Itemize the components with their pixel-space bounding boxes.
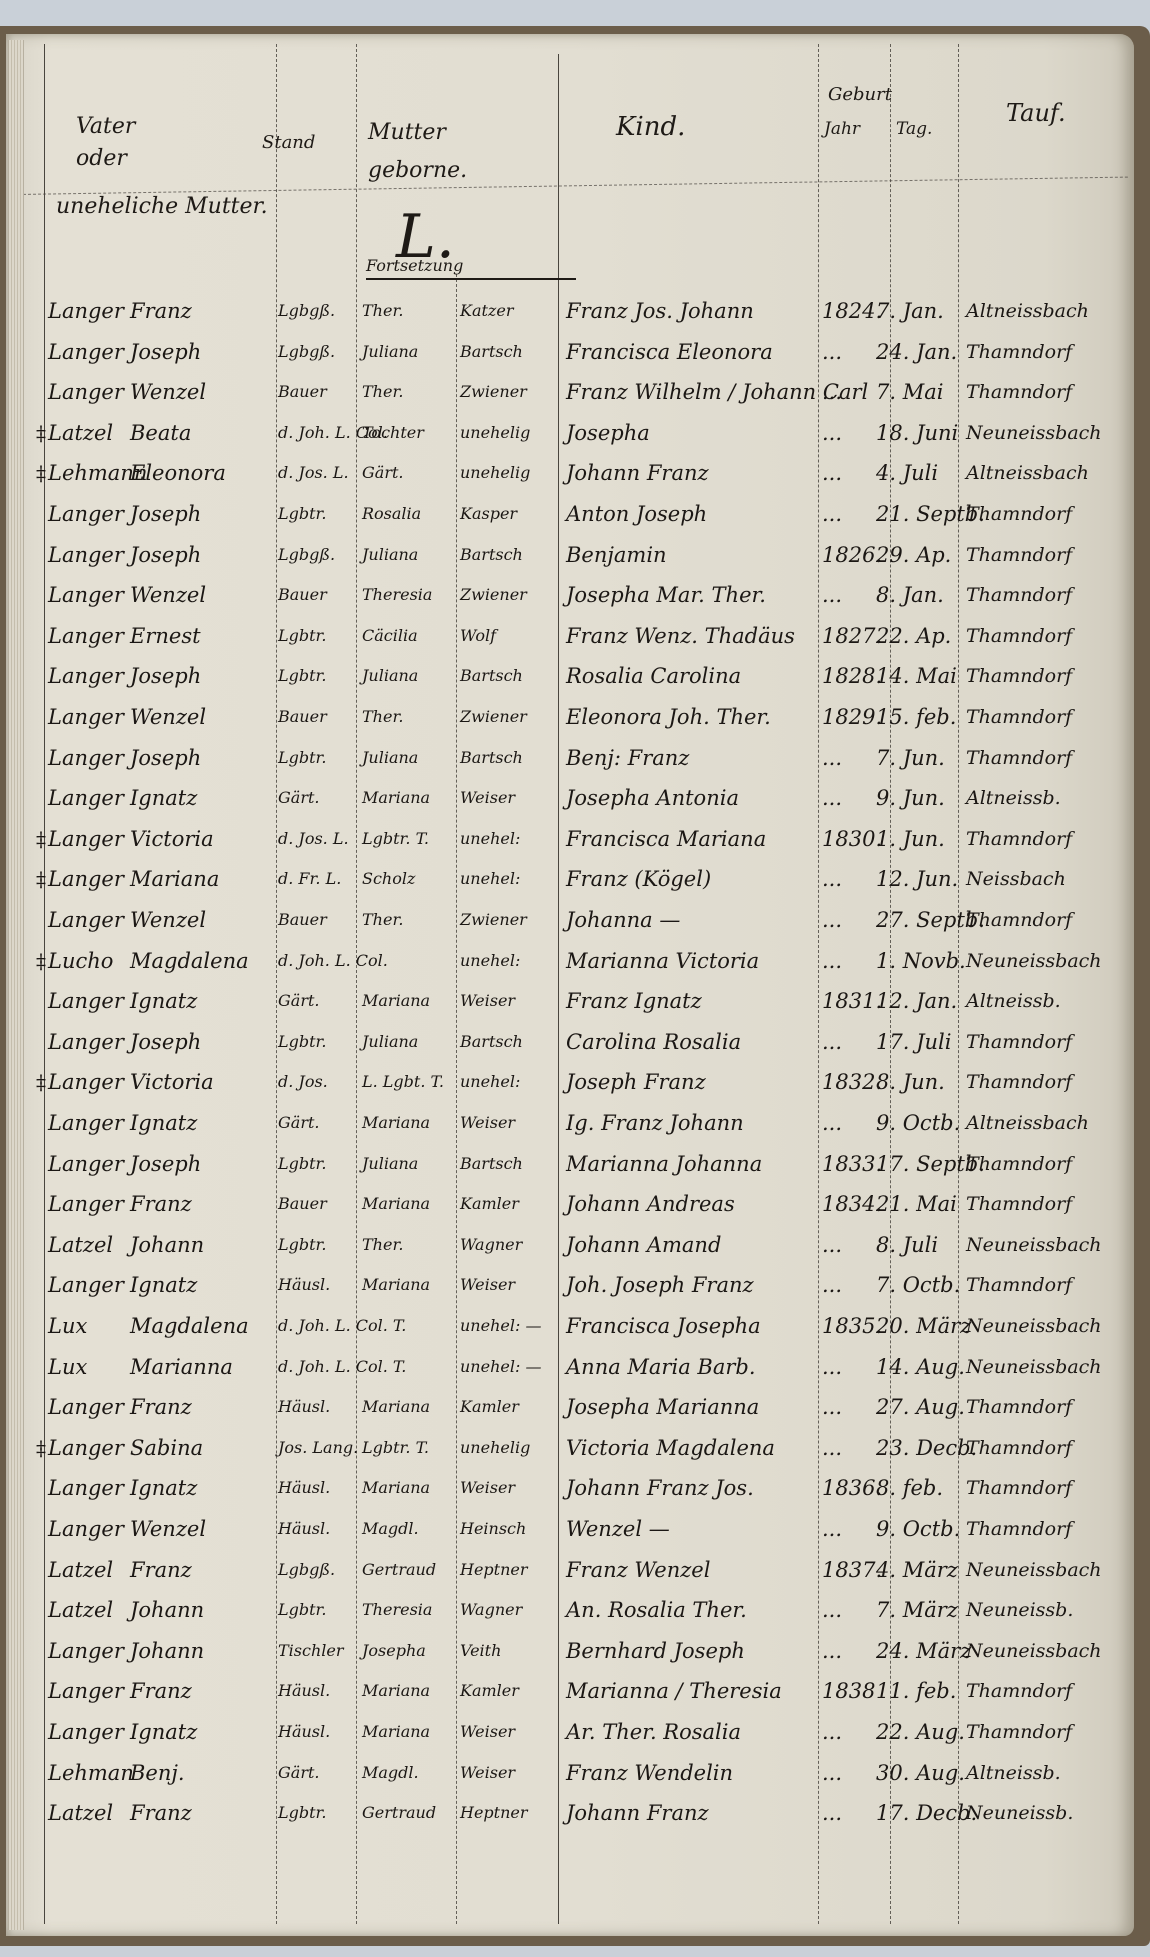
occupation: Lgbgß. xyxy=(278,540,335,570)
baptism-place: Neuneissbach xyxy=(966,1311,1102,1341)
register-row: LangerIgnatzHäusl.MarianaWeiserJohann Fr… xyxy=(6,1473,1134,1511)
birth-year: 1826. xyxy=(822,540,882,570)
surname: Langer xyxy=(48,905,124,935)
child-name: Ig. Franz Johann xyxy=(566,1108,744,1138)
baptism-place: Neuneissbach xyxy=(966,1555,1102,1585)
register-page: Vater oder uneheliche Mutter. Stand Mutt… xyxy=(6,34,1134,1936)
register-row: LangerIgnatzHäusl.MarianaWeiserJoh. Jose… xyxy=(6,1270,1134,1308)
occupation: d. Joh. L. Col. xyxy=(278,946,388,976)
mother-surname: Katzer xyxy=(460,296,513,326)
birth-year: ... xyxy=(822,580,842,610)
baptism-place: Thamndorf xyxy=(966,702,1072,732)
birth-day: 17. Decb. xyxy=(876,1798,977,1828)
child-name: Francisca Mariana xyxy=(566,824,766,854)
mother-first-name: Scholz xyxy=(362,864,415,894)
given-name: Joseph xyxy=(130,661,201,691)
birth-day: 7. Mai xyxy=(876,377,943,407)
child-name: Ar. Ther. Rosalia xyxy=(566,1717,741,1747)
birth-year: 1838 xyxy=(822,1676,875,1706)
surname: Lux xyxy=(48,1311,87,1341)
birth-day: 24. März xyxy=(876,1636,971,1666)
occupation: Lgbtr. xyxy=(278,1149,327,1179)
surname: Langer xyxy=(48,986,124,1016)
header-father-line3: uneheliche Mutter. xyxy=(56,194,268,219)
birth-year: ... xyxy=(822,1636,842,1666)
register-row: LangerFranzLgbgß.Ther.KatzerFranz Jos. J… xyxy=(6,296,1134,334)
register-row: ‡LehmannEleonorad. Jos. L.Gärt.uneheligJ… xyxy=(6,458,1134,496)
baptism-place: Neuneissbach xyxy=(966,418,1102,448)
given-name: Magdalena xyxy=(130,946,249,976)
given-name: Franz xyxy=(130,1798,192,1828)
birth-day: 7. Octb. xyxy=(876,1270,960,1300)
baptism-place: Thamndorf xyxy=(966,1433,1072,1463)
birth-day: 17. Juli xyxy=(876,1027,951,1057)
register-row: LangerIgnatzGärt.MarianaWeiserIg. Franz … xyxy=(6,1108,1134,1146)
birth-day: 11. feb. xyxy=(876,1676,956,1706)
child-name: Johanna — xyxy=(566,905,680,935)
birth-day: 9. Octb. xyxy=(876,1514,960,1544)
given-name: Ignatz xyxy=(130,986,197,1016)
child-name: Johann Andreas xyxy=(566,1189,735,1219)
mother-first-name: Gertraud xyxy=(362,1798,436,1828)
header-child: Kind. xyxy=(616,114,685,140)
surname: Latzel xyxy=(48,418,113,448)
register-row: LangerJosephLgbgß.JulianaBartschFrancisc… xyxy=(6,337,1134,375)
mother-first-name: L. Lgbt. T. xyxy=(362,1067,444,1097)
register-row: LangerJosephLgbtr.JulianaBartschCarolina… xyxy=(6,1027,1134,1065)
baptism-place: Thamndorf xyxy=(966,1676,1072,1706)
surname: Langer xyxy=(48,783,124,813)
birth-day: 24. Jan. xyxy=(876,337,957,367)
mother-first-name: Mariana xyxy=(362,1108,430,1138)
surname: Lucho xyxy=(48,946,113,976)
birth-day: 9. Jun. xyxy=(876,783,945,813)
birth-year: 1835. xyxy=(822,1311,882,1341)
birth-year: 1827. xyxy=(822,621,882,651)
header-father-line1: Vater xyxy=(76,114,135,139)
child-name: Carolina Rosalia xyxy=(566,1027,741,1057)
occupation: Gärt. xyxy=(278,1758,319,1788)
birth-year: ... xyxy=(822,499,842,529)
illegitimate-cross-mark: ‡ xyxy=(36,1433,46,1463)
child-name: Johann Franz xyxy=(566,1798,709,1828)
birth-day: 30. Aug. xyxy=(876,1758,965,1788)
mother-first-name: Juliana xyxy=(362,1027,418,1057)
birth-year: ... xyxy=(822,946,842,976)
illegitimate-cross-mark: ‡ xyxy=(36,1067,46,1097)
given-name: Wenzel xyxy=(130,1514,206,1544)
given-name: Joseph xyxy=(130,1027,201,1057)
mother-first-name: Gertraud xyxy=(362,1555,436,1585)
surname: Latzel xyxy=(48,1230,113,1260)
baptism-place: Thamndorf xyxy=(966,743,1072,773)
occupation: d. Joh. L. Col. T. xyxy=(278,1311,406,1341)
surname: Langer xyxy=(48,1636,124,1666)
mother-surname: Kamler xyxy=(460,1676,519,1706)
mother-surname: Heptner xyxy=(460,1555,528,1585)
header-occupation: Stand xyxy=(262,130,315,156)
mother-first-name: Mariana xyxy=(362,1473,430,1503)
occupation: Gärt. xyxy=(278,986,319,1016)
mother-first-name: Mariana xyxy=(362,783,430,813)
birth-year: ... xyxy=(822,905,842,935)
occupation: Lgbtr. xyxy=(278,661,327,691)
given-name: Mariana xyxy=(130,864,219,894)
header-father-line2: oder xyxy=(76,146,127,171)
birth-year: ... xyxy=(822,1270,842,1300)
occupation: Lgbtr. xyxy=(278,499,327,529)
given-name: Ignatz xyxy=(130,1717,197,1747)
baptism-place: Thamndorf xyxy=(966,1270,1072,1300)
mother-surname: Veith xyxy=(460,1636,501,1666)
register-row: LangerWenzelBauerTheresiaZwienerJosepha … xyxy=(6,580,1134,618)
surname: Latzel xyxy=(48,1798,113,1828)
page-stack-edge xyxy=(8,40,24,1930)
register-row: LatzelJohannLgbtr.Ther.WagnerJohann Aman… xyxy=(6,1230,1134,1268)
birth-year: ... xyxy=(822,1392,842,1422)
birth-day: 14. Mai xyxy=(876,661,957,691)
occupation: d. Jos. xyxy=(278,1067,328,1097)
mother-surname: Wagner xyxy=(460,1595,522,1625)
given-name: Benj. xyxy=(130,1758,185,1788)
occupation: Bauer xyxy=(278,580,327,610)
occupation: Lgbgß. xyxy=(278,337,335,367)
occupation: Häusl. xyxy=(278,1392,330,1422)
child-name: Josepha Mar. Ther. xyxy=(566,580,766,610)
child-name: Joh. Joseph Franz xyxy=(566,1270,754,1300)
baptism-place: Thamndorf xyxy=(966,1027,1072,1057)
header-birth: Geburt xyxy=(828,82,892,108)
given-name: Magdalena xyxy=(130,1311,249,1341)
child-name: Franz Jos. Johann xyxy=(566,296,754,326)
child-name: Marianna / Theresia xyxy=(566,1676,782,1706)
birth-year: 1833. xyxy=(822,1149,882,1179)
mother-surname: Weiser xyxy=(460,1108,515,1138)
mother-first-name: Josepha xyxy=(362,1636,426,1666)
mother-surname: unehelig xyxy=(460,458,530,488)
occupation: Lgbtr. xyxy=(278,743,327,773)
surname: Langer xyxy=(48,824,124,854)
birth-day: 1. Jun. xyxy=(876,824,945,854)
mother-surname: unehel: xyxy=(460,824,520,854)
baptism-place: Neissbach xyxy=(966,864,1066,894)
birth-year: 1830. xyxy=(822,824,882,854)
mother-first-name: Ther. xyxy=(362,1230,403,1260)
header-mother: Mutter xyxy=(368,120,446,146)
mother-surname: unehel: xyxy=(460,946,520,976)
mother-first-name: Mariana xyxy=(362,1270,430,1300)
baptism-place: Thamndorf xyxy=(966,1514,1072,1544)
baptism-place: Thamndorf xyxy=(966,1149,1072,1179)
register-row: ‡LangerSabinaJos. Lang.Lgbtr. T.unehelig… xyxy=(6,1433,1134,1471)
child-name: Benjamin xyxy=(566,540,667,570)
mother-first-name: Juliana xyxy=(362,1149,418,1179)
register-row: LangerFranzHäusl.MarianaKamlerJosepha Ma… xyxy=(6,1392,1134,1430)
child-name: Francisca Josepha xyxy=(566,1311,761,1341)
occupation: Lgbtr. xyxy=(278,1595,327,1625)
mother-first-name: Juliana xyxy=(362,661,418,691)
header-father-oder: oder xyxy=(76,146,127,172)
surname: Lehman xyxy=(48,1758,134,1788)
given-name: Franz xyxy=(130,1555,192,1585)
mother-surname: Weiser xyxy=(460,986,515,1016)
child-name: Wenzel — xyxy=(566,1514,670,1544)
register-row: LangerJohannTischlerJosephaVeithBernhard… xyxy=(6,1636,1134,1674)
mother-surname: Kamler xyxy=(460,1392,519,1422)
baptism-place: Thamndorf xyxy=(966,540,1072,570)
birth-day: 18. Juni xyxy=(876,418,958,448)
illegitimate-cross-mark: ‡ xyxy=(36,864,46,894)
birth-year: ... xyxy=(822,1758,842,1788)
birth-day: 12. Jun. xyxy=(876,864,958,894)
baptism-place: Thamndorf xyxy=(966,661,1072,691)
baptism-place: Thamndorf xyxy=(966,377,1072,407)
register-row: LangerJosephLgbtr.RosaliaKasperAnton Jos… xyxy=(6,499,1134,537)
register-row: LangerFranzHäusl.MarianaKamlerMarianna /… xyxy=(6,1676,1134,1714)
mother-surname: Bartsch xyxy=(460,337,523,367)
birth-day: 7. März xyxy=(876,1595,958,1625)
mother-surname: unehel: xyxy=(460,1067,520,1097)
mother-first-name: Gärt. xyxy=(362,458,403,488)
birth-year: ... xyxy=(822,1514,842,1544)
birth-day: 15. feb. xyxy=(876,702,956,732)
child-name: Franz Wenz. Thadäus xyxy=(566,621,795,651)
mother-surname: unehelig xyxy=(460,1433,530,1463)
register-row: LatzelJohannLgbtr.TheresiaWagnerAn. Rosa… xyxy=(6,1595,1134,1633)
occupation: Tischler xyxy=(278,1636,344,1666)
occupation: Bauer xyxy=(278,905,327,935)
baptism-place: Neuneissbach xyxy=(966,1636,1102,1666)
mother-surname: unehelig xyxy=(460,418,530,448)
register-row: LuxMagdalenad. Joh. L. Col. T.unehel: —F… xyxy=(6,1311,1134,1349)
mother-first-name: Ther. xyxy=(362,296,403,326)
header-baptism-place: Tauf. xyxy=(1006,100,1066,126)
occupation: Bauer xyxy=(278,702,327,732)
mother-surname: Bartsch xyxy=(460,661,523,691)
surname: Langer xyxy=(48,1473,124,1503)
given-name: Wenzel xyxy=(130,580,206,610)
mother-first-name: Mariana xyxy=(362,1392,430,1422)
child-name: Josepha Antonia xyxy=(566,783,739,813)
child-name: Johann Amand xyxy=(566,1230,721,1260)
surname: Langer xyxy=(48,1717,124,1747)
header-rule xyxy=(18,177,1128,195)
given-name: Joseph xyxy=(130,499,201,529)
occupation: Jos. Lang. xyxy=(278,1433,358,1463)
mother-surname: unehel: xyxy=(460,864,520,894)
register-row: LehmanBenj.Gärt.Magdl.WeiserFranz Wendel… xyxy=(6,1758,1134,1796)
register-row: LangerJosephLgbtr.JulianaBartschRosalia … xyxy=(6,661,1134,699)
given-name: Wenzel xyxy=(130,905,206,935)
surname: Langer xyxy=(48,743,124,773)
mother-surname: Zwiener xyxy=(460,377,527,407)
mother-first-name: Theresia xyxy=(362,580,432,610)
surname: Langer xyxy=(48,1514,124,1544)
birth-day: 8. Jan. xyxy=(876,580,944,610)
mother-surname: Kamler xyxy=(460,1189,519,1219)
mother-first-name: Ther. xyxy=(362,702,403,732)
birth-year: 1832. xyxy=(822,1067,882,1097)
occupation: Häusl. xyxy=(278,1717,330,1747)
child-name: Johann Franz Jos. xyxy=(566,1473,754,1503)
mother-surname: Wolf xyxy=(460,621,496,651)
register-row: ‡LatzelBeatad. Joh. L. Col.Tochterunehel… xyxy=(6,418,1134,456)
given-name: Joseph xyxy=(130,540,201,570)
given-name: Ignatz xyxy=(130,1108,197,1138)
birth-day: 7. Jan. xyxy=(876,296,944,326)
child-name: Joseph Franz xyxy=(566,1067,706,1097)
occupation: Bauer xyxy=(278,377,327,407)
mother-surname: Bartsch xyxy=(460,743,523,773)
given-name: Franz xyxy=(130,296,192,326)
birth-day: 12. Jan. xyxy=(876,986,957,1016)
header-birth-day: Tag. xyxy=(896,116,932,142)
mother-first-name: Lgbtr. T. xyxy=(362,824,429,854)
mother-surname: Weiser xyxy=(460,1473,515,1503)
baptism-place: Altneissb. xyxy=(966,986,1061,1016)
baptism-place: Thamndorf xyxy=(966,1189,1072,1219)
occupation: Bauer xyxy=(278,1189,327,1219)
surname: Langer xyxy=(48,540,124,570)
birth-year: 1837. xyxy=(822,1555,882,1585)
register-row: LatzelFranzLgbtr.GertraudHeptnerJohann F… xyxy=(6,1798,1134,1836)
mother-first-name: Mariana xyxy=(362,1717,430,1747)
child-name: Franz Wendelin xyxy=(566,1758,733,1788)
baptism-place: Altneissbach xyxy=(966,296,1089,326)
mother-first-name: Mariana xyxy=(362,986,430,1016)
birth-day: 8. Jun. xyxy=(876,1067,945,1097)
birth-year: ... xyxy=(822,1595,842,1625)
surname: Latzel xyxy=(48,1595,113,1625)
baptism-place: Thamndorf xyxy=(966,621,1072,651)
register-row: LangerJosephLgbtr.JulianaBartschBenj: Fr… xyxy=(6,743,1134,781)
baptism-place: Thamndorf xyxy=(966,824,1072,854)
mother-first-name: Rosalia xyxy=(362,499,421,529)
baptism-place: Thamndorf xyxy=(966,1392,1072,1422)
register-row: LangerErnestLgbtr.CäciliaWolfFranz Wenz.… xyxy=(6,621,1134,659)
mother-first-name: Mariana xyxy=(362,1189,430,1219)
birth-year: ... xyxy=(822,1027,842,1057)
mother-surname: Zwiener xyxy=(460,702,527,732)
mother-surname: Zwiener xyxy=(460,580,527,610)
mother-surname: Zwiener xyxy=(460,905,527,935)
child-name: Bernhard Joseph xyxy=(566,1636,745,1666)
header-father-unehelich: uneheliche Mutter. xyxy=(56,194,268,220)
child-name: Francisca Eleonora xyxy=(566,337,773,367)
given-name: Marianna xyxy=(130,1352,233,1382)
header-birth-year: Jahr xyxy=(824,116,860,142)
surname: Langer xyxy=(48,1149,124,1179)
mother-surname: Kasper xyxy=(460,499,517,529)
baptism-place: Neuneissb. xyxy=(966,1798,1073,1828)
baptism-place: Altneissbach xyxy=(966,1108,1089,1138)
child-name: Josepha xyxy=(566,418,650,448)
register-row: ‡LangerMarianad. Fr. L.Scholzunehel:Fran… xyxy=(6,864,1134,902)
given-name: Eleonora xyxy=(130,458,226,488)
surname: Langer xyxy=(48,864,124,894)
birth-day: 21. Mai xyxy=(876,1189,957,1219)
given-name: Ignatz xyxy=(130,783,197,813)
birth-year: ... xyxy=(822,377,842,407)
birth-year: ... xyxy=(822,743,842,773)
illegitimate-cross-mark: ‡ xyxy=(36,458,46,488)
given-name: Franz xyxy=(130,1676,192,1706)
baptism-place: Thamndorf xyxy=(966,337,1072,367)
illegitimate-cross-mark: ‡ xyxy=(36,946,46,976)
illegitimate-cross-mark: ‡ xyxy=(36,418,46,448)
child-name: Franz Wenzel xyxy=(566,1555,710,1585)
child-name: Anna Maria Barb. xyxy=(566,1352,756,1382)
child-name: Johann Franz xyxy=(566,458,709,488)
birth-year: ... xyxy=(822,1108,842,1138)
mother-first-name: Tochter xyxy=(362,418,424,448)
given-name: Joseph xyxy=(130,743,201,773)
birth-day: 23. Decb. xyxy=(876,1433,977,1463)
occupation: Lgbtr. xyxy=(278,621,327,651)
occupation: Häusl. xyxy=(278,1676,330,1706)
given-name: Franz xyxy=(130,1392,192,1422)
baptism-place: Thamndorf xyxy=(966,1717,1072,1747)
given-name: Johann xyxy=(130,1636,204,1666)
register-row: LangerFranzBauerMarianaKamlerJohann Andr… xyxy=(6,1189,1134,1227)
mother-surname: unehel: — xyxy=(460,1352,541,1382)
surname: Langer xyxy=(48,1189,124,1219)
surname: Langer xyxy=(48,1108,124,1138)
surname: Langer xyxy=(48,1027,124,1057)
birth-day: 1. Novb. xyxy=(876,946,966,976)
occupation: d. Joh. L. Col. T. xyxy=(278,1352,406,1382)
occupation: Lgbtr. xyxy=(278,1027,327,1057)
surname: Langer xyxy=(48,1433,124,1463)
mother-surname: Wagner xyxy=(460,1230,522,1260)
birth-day: 29. Ap. xyxy=(876,540,951,570)
section-note: Fortsetzung xyxy=(366,256,576,280)
birth-day: 20. März xyxy=(876,1311,971,1341)
mother-first-name: Ther. xyxy=(362,905,403,935)
given-name: Joseph xyxy=(130,337,201,367)
register-row: ‡LangerVictoriad. Jos. L.Lgbtr. T.unehel… xyxy=(6,824,1134,862)
given-name: Ernest xyxy=(130,621,201,651)
baptism-place: Thamndorf xyxy=(966,905,1072,935)
birth-day: 4. Juli xyxy=(876,458,938,488)
baptism-place: Thamndorf xyxy=(966,1067,1072,1097)
baptism-place: Thamndorf xyxy=(966,499,1072,529)
birth-year: 1834. xyxy=(822,1189,882,1219)
occupation: d. Jos. L. xyxy=(278,458,349,488)
surname: Langer xyxy=(48,661,124,691)
child-name: Marianna Victoria xyxy=(566,946,759,976)
register-row: LangerIgnatzHäusl.MarianaWeiserAr. Ther.… xyxy=(6,1717,1134,1755)
register-row: LuxMariannad. Joh. L. Col. T.unehel: —An… xyxy=(6,1352,1134,1390)
baptism-place: Thamndorf xyxy=(966,580,1072,610)
occupation: Gärt. xyxy=(278,783,319,813)
occupation: d. Jos. L. xyxy=(278,824,349,854)
mother-first-name: Cäcilia xyxy=(362,621,418,651)
mother-surname: Weiser xyxy=(460,1717,515,1747)
given-name: Victoria xyxy=(130,824,214,854)
mother-first-name: Magdl. xyxy=(362,1758,419,1788)
given-name: Johann xyxy=(130,1230,204,1260)
birth-year: ... xyxy=(822,1717,842,1747)
surname: Langer xyxy=(48,621,124,651)
mother-first-name: Juliana xyxy=(362,337,418,367)
register-row: LangerWenzelBauerTher.ZwienerJohanna —..… xyxy=(6,905,1134,943)
mother-surname: Heptner xyxy=(460,1798,528,1828)
occupation: Lgbtr. xyxy=(278,1230,327,1260)
register-row: LatzelFranzLgbgß.GertraudHeptnerFranz We… xyxy=(6,1555,1134,1593)
surname: Langer xyxy=(48,702,124,732)
mother-first-name: Lgbtr. T. xyxy=(362,1433,429,1463)
